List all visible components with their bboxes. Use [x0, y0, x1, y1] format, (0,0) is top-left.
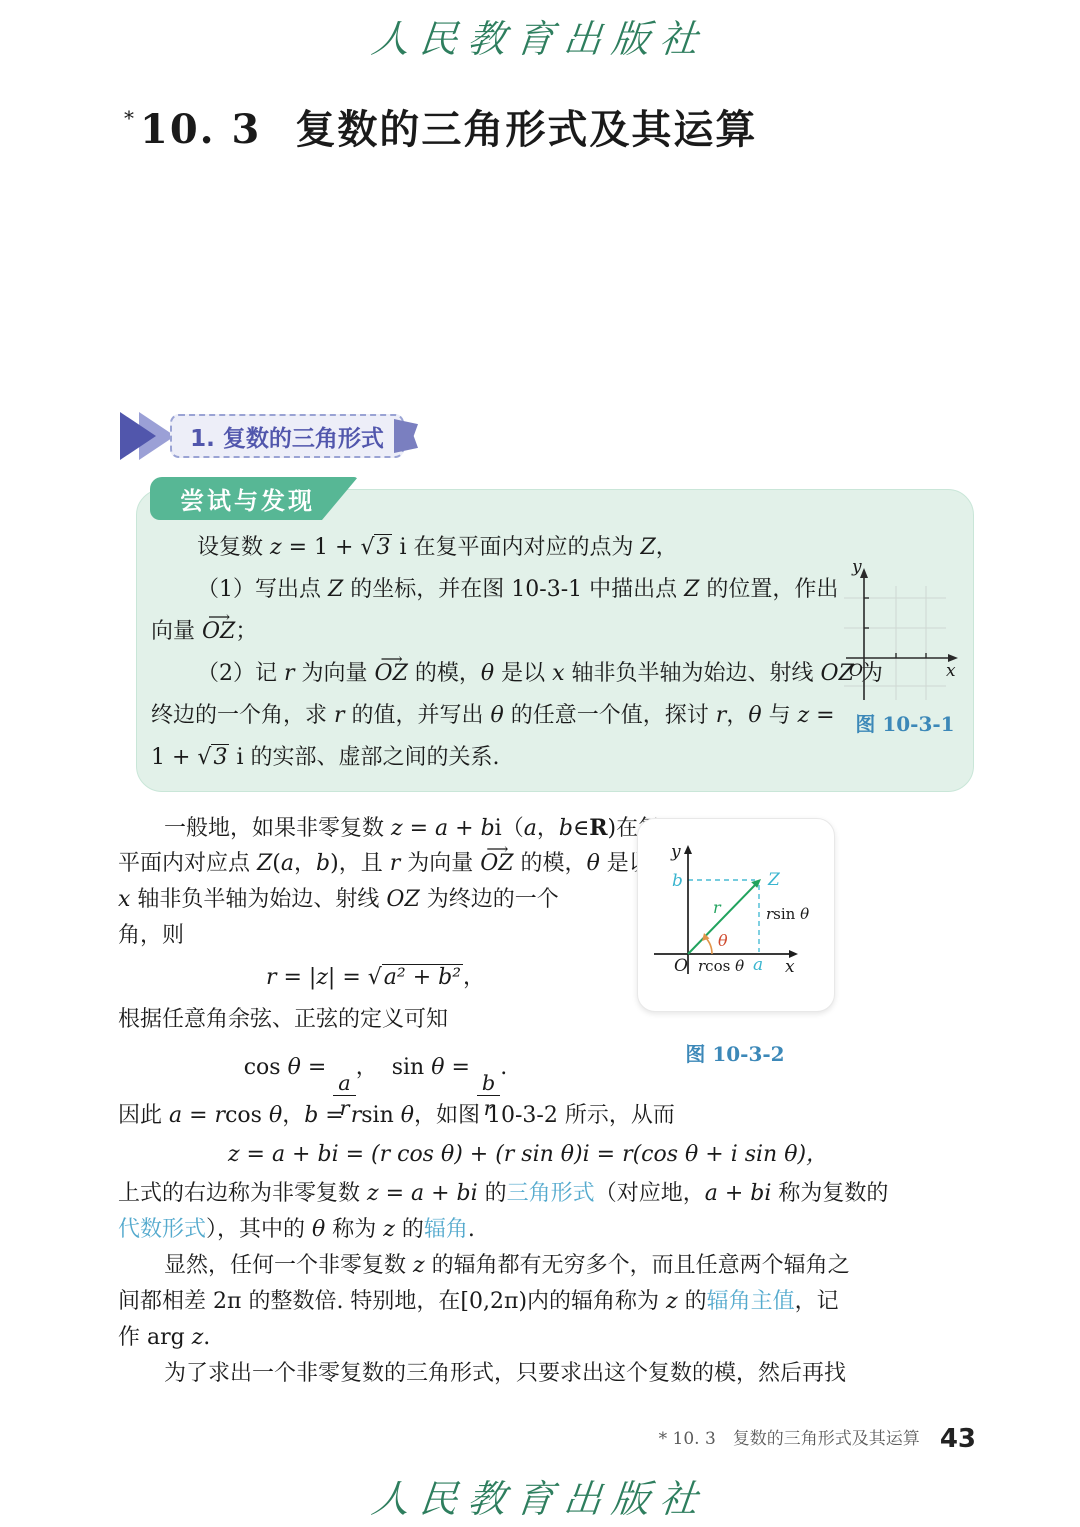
body-line: 显然，任何一个非零复数 z 的辐角都有无穷多个，而且任意两个辐角之	[118, 1248, 878, 1284]
try-discover-text: 设复数 z = 1 + 3 i 在复平面内对应的点为 Z， （1）写出点 Z 的…	[151, 527, 883, 779]
body-line: 为了求出一个非零复数的三角形式，只要求出这个复数的模，然后再找	[118, 1356, 878, 1392]
formula-modulus: r = |z| = a² + b²，	[118, 954, 633, 1002]
term-principal-argument: 辐角主值	[707, 1289, 795, 1314]
fig2-rsin-label: rsin θ	[766, 905, 809, 923]
fig1-x-label: x	[946, 661, 956, 681]
fig2-b-label: b	[672, 871, 683, 891]
page-number: 43	[940, 1424, 976, 1454]
panel-line: 终边的一个角，求 r 的值，并写出 θ 的任意一个值，探讨 r，θ 与 z =	[151, 695, 883, 737]
section-arrow-icon	[120, 412, 156, 460]
vector-OZ: OZ	[202, 611, 235, 653]
body-line: 平面内对应点 Z(a，b)，且 r 为向量 OZ 的模，θ 是以	[118, 846, 638, 882]
vector-OZ: OZ	[375, 653, 408, 695]
figure-10-3-2-caption: 图 10-3-2	[637, 1038, 833, 1067]
figure-10-3-2-card: y x O b a Z r θ rsin θ rcos θ	[637, 818, 835, 1012]
term-argument: 辐角	[424, 1217, 468, 1242]
title-text: 复数的三角形式及其运算	[295, 106, 757, 153]
page-footer: * 10. 3 复数的三角形式及其运算 43	[659, 1424, 976, 1454]
publisher-calligraphy-bottom: 人民教育出版社	[0, 1468, 1080, 1523]
textbook-page: 人民教育出版社 *10. 3复数的三角形式及其运算 1. 复数的三角形式 尝试与…	[0, 0, 1080, 1527]
try-discover-tab: 尝试与发现	[150, 477, 358, 520]
panel-line: 向量 OZ；	[151, 611, 883, 653]
panel-line: （1）写出点 Z 的坐标，并在图 10-3-1 中描出点 Z 的位置，作出	[151, 569, 883, 611]
formula-trig-form: z = a + bi = (r cos θ) + (r sin θ)i = r(…	[178, 1134, 878, 1176]
fig2-theta-label: θ	[718, 931, 728, 950]
body-line: 因此 a = rcos θ，b = rsin θ，如图 10-3-2 所示，从而	[118, 1098, 878, 1134]
title-number: 10. 3	[140, 106, 261, 153]
try-discover-panel: 设复数 z = 1 + 3 i 在复平面内对应的点为 Z， （1）写出点 Z 的…	[136, 489, 974, 792]
vector-OZ: OZ	[480, 846, 513, 882]
body-line: 角，则	[118, 918, 638, 954]
section-banner-label: 1. 复数的三角形式	[170, 414, 404, 458]
fig2-origin-label: O	[674, 956, 688, 976]
body-line: 根据任意角余弦、正弦的定义可知	[118, 1002, 638, 1038]
fig2-Z-label: Z	[767, 870, 781, 890]
panel-line: 1 + 3 i 的实部、虚部之间的关系.	[151, 737, 883, 779]
panel-line: （2）记 r 为向量 OZ 的模，θ 是以 x 轴非负半轴为始边、射线 OZ 为	[151, 653, 883, 695]
body-line: x 轴非负半轴为始边、射线 OZ 为终边的一个	[118, 882, 638, 918]
fig2-y-label: y	[670, 842, 681, 862]
body-line: 间都相差 2π 的整数倍. 特别地，在[0,2π)内的辐角称为 z 的辐角主值，…	[118, 1284, 878, 1320]
fig2-r-label: r	[713, 898, 722, 917]
body-line: 上式的右边称为非零复数 z = a + bi 的三角形式（对应地，a + bi …	[118, 1176, 878, 1212]
body-line: 作 arg z.	[118, 1320, 878, 1356]
formula-cos-sin: cos θ = ar，sin θ = br.	[118, 1038, 633, 1098]
figure-10-3-2: y x O b a Z r θ rsin θ rcos θ	[638, 819, 834, 1011]
body-line: 一般地，如果非零复数 z = a + bi（a，b∈R)在复	[118, 810, 684, 846]
fig1-origin-label: O	[849, 661, 863, 681]
term-algebraic-form: 代数形式	[118, 1217, 206, 1242]
fig2-rcos-label: rcos θ	[698, 957, 744, 975]
panel-line: 设复数 z = 1 + 3 i 在复平面内对应的点为 Z，	[151, 527, 883, 569]
title-star: *	[124, 106, 136, 130]
figure-10-3-1-caption: 图 10-3-1	[844, 708, 966, 737]
publisher-calligraphy-top: 人民教育出版社	[0, 8, 1080, 63]
footer-section-title: * 10. 3 复数的三角形式及其运算	[659, 1424, 920, 1454]
figure-10-3-1-grid: y x O	[844, 558, 966, 708]
fig2-a-label: a	[753, 955, 763, 975]
fig2-x-label: x	[785, 957, 795, 977]
y-axis-arrowhead	[684, 845, 692, 854]
body-line: 代数形式），其中的 θ 称为 z 的辐角.	[118, 1212, 878, 1248]
page-title: *10. 3复数的三角形式及其运算	[124, 98, 757, 155]
fig1-y-label: y	[851, 558, 862, 577]
term-trig-form: 三角形式	[507, 1181, 595, 1206]
